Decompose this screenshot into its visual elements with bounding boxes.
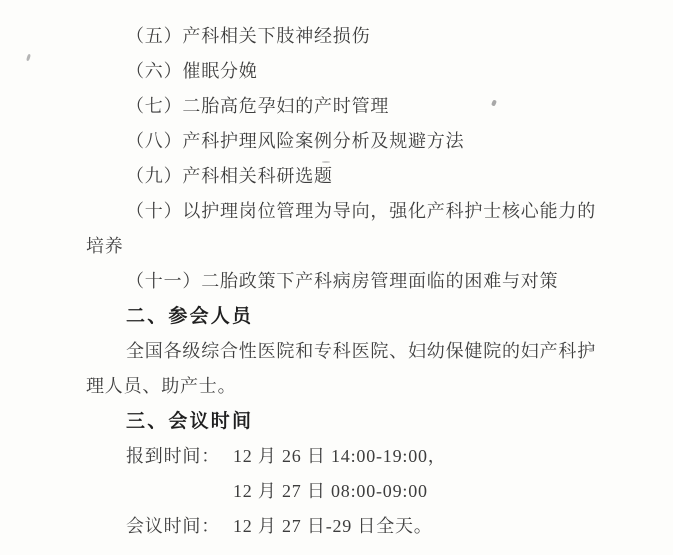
agenda-item-10: （十）以护理岗位管理为导向，强化产科护士核心能力的 xyxy=(86,194,613,229)
registration-time-value-2: 12 月 27 日 08:00-09:00 xyxy=(86,474,613,509)
section-heading-meeting-time: 三、会议时间 xyxy=(86,404,613,439)
meeting-time-row: 会议时间：12 月 27 日-29 日全天。 xyxy=(86,509,613,544)
registration-time-row: 报到时间：12 月 26 日 14:00-19:00， xyxy=(86,439,613,474)
section-heading-participants: 二、参会人员 xyxy=(86,299,613,334)
scanned-document-page: （五）产科相关下肢神经损伤 （六）催眠分娩 （七）二胎高危孕妇的产时管理 （八）… xyxy=(0,0,673,555)
agenda-item-7: （七）二胎高危孕妇的产时管理 xyxy=(86,89,613,124)
scan-noise-speck xyxy=(322,161,330,163)
meeting-time-label: 会议时间： xyxy=(126,516,220,536)
agenda-item-9: （九）产科相关科研选题 xyxy=(86,159,613,194)
participants-text-line-2: 理人员、助产士。 xyxy=(86,369,613,404)
participants-text-line-1: 全国各级综合性医院和专科医院、妇幼保健院的妇产科护 xyxy=(86,334,613,369)
agenda-item-6: （六）催眠分娩 xyxy=(86,54,613,89)
meeting-time-value: 12 月 27 日-29 日全天。 xyxy=(233,516,433,536)
agenda-item-10-continuation: 培养 xyxy=(86,229,613,264)
registration-time-value-1: 12 月 26 日 14:00-19:00， xyxy=(233,446,447,466)
scan-noise-speck xyxy=(26,54,31,62)
agenda-item-8: （八）产科护理风险案例分析及规避方法 xyxy=(86,124,613,159)
registration-time-label: 报到时间： xyxy=(126,446,220,466)
agenda-item-11: （十一）二胎政策下产科病房管理面临的困难与对策 xyxy=(86,264,613,299)
agenda-item-5: （五）产科相关下肢神经损伤 xyxy=(86,19,613,54)
scan-noise-speck xyxy=(589,348,593,352)
